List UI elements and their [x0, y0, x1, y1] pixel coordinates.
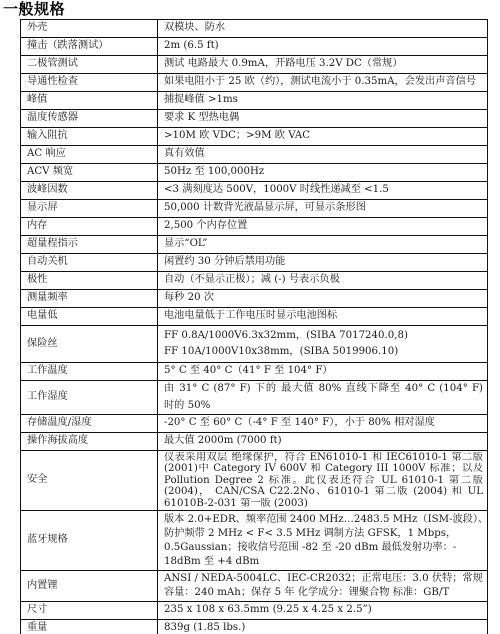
spec-row-dimensions: 尺寸 235 x 108 x 63.5mm (9.25 x 4.25 x 2.5…: [21, 602, 488, 620]
spec-label: 蓝牙规格: [21, 511, 158, 571]
spec-label: 保险丝: [21, 326, 158, 363]
spec-value-line: 测试 电路最大 0.9mA，开路电压 3.2V DC（常规）: [164, 56, 483, 72]
spec-label: AC 响应: [21, 146, 158, 164]
spec-value-line: 要求 K 型热电偶: [164, 110, 483, 126]
spec-label: 峰值: [21, 92, 158, 110]
spec-row-lithium-battery: 内置锂 ANSI / NEDA-5004LC、IEC-CR2032；正常电压：3…: [21, 571, 488, 602]
spec-value: 50Hz 至 100,000Hz: [158, 164, 488, 182]
spec-row-acv-bandwidth: ACV 频宽 50Hz 至 100,000Hz: [21, 164, 488, 182]
spec-value: FF 0.8A/1000V6.3x32mm，(SIBA 7017240.0,8)…: [158, 326, 488, 363]
spec-row-peak: 峰值 捕捉峰值 >1ms: [21, 92, 488, 110]
spec-value-line: 61010B-2-031 第一版 (2003): [164, 498, 483, 509]
spec-row-operating-humidity: 工作湿度 由 31° C (87° F) 下的 最大值 80% 直线下降至 40…: [21, 381, 488, 415]
spec-label: 安全: [21, 451, 158, 511]
spec-label: 显示屏: [21, 200, 158, 218]
spec-table: 外壳 双模块、防水 撞击（跌落测试） 2m (6.5 ft) 二极管测试 测试 …: [20, 19, 488, 634]
spec-row-fuse: 保险丝 FF 0.8A/1000V6.3x32mm，(SIBA 7017240.…: [21, 326, 488, 363]
spec-row-overrange: 超量程指示 显示“OL”: [21, 236, 488, 254]
spec-label: 重量: [21, 620, 158, 634]
spec-label: 工作湿度: [21, 381, 158, 415]
spec-table-body: 外壳 双模块、防水 撞击（跌落测试） 2m (6.5 ft) 二极管测试 测试 …: [21, 20, 488, 634]
spec-value-line: 自动（不显示正极）；减 (-) 号表示负极: [164, 272, 483, 288]
spec-value-line: 防护频带 2 MHz < F< 3.5 MHz 调制方法 GFSK，1 Mbps…: [164, 527, 483, 541]
spec-row-memory: 内存 2,500 个内存位置: [21, 218, 488, 236]
spec-value-line: 0.5Gaussian；接收信号范围 -82 至 -20 dBm 最低发射功率：…: [164, 541, 483, 555]
spec-label: 撞击（跌落测试）: [21, 38, 158, 56]
spec-value: 捕捉峰值 >1ms: [158, 92, 488, 110]
spec-label: 外壳: [21, 20, 158, 38]
spec-value-line: 显示“OL”: [164, 236, 483, 252]
spec-value-line: 捕捉峰值 >1ms: [164, 92, 483, 108]
spec-value: 测试 电路最大 0.9mA，开路电压 3.2V DC（常规）: [158, 56, 488, 74]
spec-value-line: 闲置约 30 分钟后禁用功能: [164, 254, 483, 270]
spec-value: 版本 2.0+EDR、频率范围 2400 MHz…2483.5 MHz（ISM-…: [158, 511, 488, 571]
spec-value: 要求 K 型热电偶: [158, 110, 488, 128]
spec-label: 测量频率: [21, 290, 158, 308]
spec-value-line: 最大值 2000m (7000 ft): [164, 433, 483, 449]
spec-row-crest-factor: 波峰因数 <3 满刻度达 500V，1000V 时线性递减至 <1.5: [21, 182, 488, 200]
spec-label: 操作海拔高度: [21, 433, 158, 451]
spec-value: 235 x 108 x 63.5mm (9.25 x 4.25 x 2.5”): [158, 602, 488, 620]
spec-value: 真有效值: [158, 146, 488, 164]
spec-value-line: 2,500 个内存位置: [164, 218, 483, 234]
spec-label: 超量程指示: [21, 236, 158, 254]
spec-value-line: 每秒 20 次: [164, 290, 483, 306]
spec-row-diode-test: 二极管测试 测试 电路最大 0.9mA，开路电压 3.2V DC（常规）: [21, 56, 488, 74]
spec-label: 工作温度: [21, 363, 158, 381]
spec-value: 5° C 至 40° C（41° F 至 104° F）: [158, 363, 488, 381]
spec-row-operating-temp: 工作温度 5° C 至 40° C（41° F 至 104° F）: [21, 363, 488, 381]
spec-label: 输入阻抗: [21, 128, 158, 146]
spec-value: 自动（不显示正极）；减 (-) 号表示负极: [158, 272, 488, 290]
spec-value: -20° C 至 60° C（-4° F 至 140° F），小于 80% 相对…: [158, 415, 488, 433]
spec-row-housing: 外壳 双模块、防水: [21, 20, 488, 38]
spec-value: <3 满刻度达 500V，1000V 时线性递减至 <1.5: [158, 182, 488, 200]
spec-value: 2,500 个内存位置: [158, 218, 488, 236]
spec-value: 每秒 20 次: [158, 290, 488, 308]
spec-value: 如果电阻小于 25 欧（约），测试电流小于 0.35mA，会发出声音信号: [158, 74, 488, 92]
spec-label: 极性: [21, 272, 158, 290]
spec-value-line: 18dBm 至 +4 dBm: [164, 555, 483, 569]
spec-label: 温度传感器: [21, 110, 158, 128]
page-title: 一般规格: [3, 0, 65, 18]
spec-value-line: 电池电量低于工作电压时显示电池图标: [164, 308, 483, 324]
spec-value-line: 容量：240 mAh；保存 5 年 化学成分：锂聚合物 标准：GB/T: [164, 586, 483, 600]
spec-value: 最大值 2000m (7000 ft): [158, 433, 488, 451]
spec-value-line: <3 满刻度达 500V，1000V 时线性递减至 <1.5: [164, 182, 483, 198]
spec-value-line: 50Hz 至 100,000Hz: [164, 164, 483, 180]
spec-row-temp-sensor: 温度传感器 要求 K 型热电偶: [21, 110, 488, 128]
spec-value-line: 由 31° C (87° F) 下的 最大值 80% 直线下降至 40° C (…: [164, 381, 483, 397]
spec-value-line: FF 0.8A/1000V6.3x32mm，(SIBA 7017240.0,8): [164, 328, 483, 344]
spec-row-storage: 存储温度/湿度 -20° C 至 60° C（-4° F 至 140° F），小…: [21, 415, 488, 433]
spec-value-line: 仪表采用双层 绝缘保护，符合 EN61010-1 和 IEC61010-1 第二…: [164, 452, 483, 463]
spec-row-safety: 安全 仪表采用双层 绝缘保护，符合 EN61010-1 和 IEC61010-1…: [21, 451, 488, 511]
spec-row-weight: 重量 839g (1.85 lbs.): [21, 620, 488, 634]
spec-value-line: 839g (1.85 lbs.): [164, 620, 483, 634]
spec-value: 由 31° C (87° F) 下的 最大值 80% 直线下降至 40° C (…: [158, 381, 488, 415]
spec-label: ACV 频宽: [21, 164, 158, 182]
spec-value-line: FF 10A/1000V10x38mm，(SIBA 5019906.10): [164, 344, 483, 360]
spec-value-line: 真有效值: [164, 146, 483, 162]
spec-value: 显示“OL”: [158, 236, 488, 254]
spec-row-auto-off: 自动关机 闲置约 30 分钟后禁用功能: [21, 254, 488, 272]
spec-label: 内存: [21, 218, 158, 236]
spec-row-altitude: 操作海拔高度 最大值 2000m (7000 ft): [21, 433, 488, 451]
spec-value: 电池电量低于工作电压时显示电池图标: [158, 308, 488, 326]
spec-value: 839g (1.85 lbs.): [158, 620, 488, 634]
spec-value-line: 5° C 至 40° C（41° F 至 104° F）: [164, 363, 483, 379]
spec-label: 尺寸: [21, 602, 158, 620]
spec-value-line: 235 x 108 x 63.5mm (9.25 x 4.25 x 2.5”): [164, 602, 483, 618]
spec-value-line: 如果电阻小于 25 欧（约），测试电流小于 0.35mA，会发出声音信号: [164, 74, 483, 90]
spec-value-line: -20° C 至 60° C（-4° F 至 140° F），小于 80% 相对…: [164, 415, 483, 431]
spec-value: 50,000 计数背光液晶显示屏，可显示条形图: [158, 200, 488, 218]
spec-label: 导通性检查: [21, 74, 158, 92]
spec-row-display: 显示屏 50,000 计数背光液晶显示屏，可显示条形图: [21, 200, 488, 218]
spec-value: 闲置约 30 分钟后禁用功能: [158, 254, 488, 272]
spec-row-input-impedance: 输入阻抗 >10M 欧 VDC；>9M 欧 VAC: [21, 128, 488, 146]
spec-value-line: 双模块、防水: [164, 20, 483, 36]
spec-value: 双模块、防水: [158, 20, 488, 38]
spec-value: 2m (6.5 ft): [158, 38, 488, 56]
spec-value: ANSI / NEDA-5004LC、IEC-CR2032；正常电压：3.0 伏…: [158, 571, 488, 602]
spec-value-line: ANSI / NEDA-5004LC、IEC-CR2032；正常电压：3.0 伏…: [164, 572, 483, 586]
spec-value: >10M 欧 VDC；>9M 欧 VAC: [158, 128, 488, 146]
spec-value-line: 版本 2.0+EDR、频率范围 2400 MHz…2483.5 MHz（ISM-…: [164, 513, 483, 527]
spec-value-line: (2004)， CAN/CSA C22.2No、61010-1 第二版 (200…: [164, 486, 483, 497]
spec-value: 仪表采用双层 绝缘保护，符合 EN61010-1 和 IEC61010-1 第二…: [158, 451, 488, 511]
spec-label: 自动关机: [21, 254, 158, 272]
spec-row-polarity: 极性 自动（不显示正极）；减 (-) 号表示负极: [21, 272, 488, 290]
spec-label: 波峰因数: [21, 182, 158, 200]
spec-label: 存储温度/湿度: [21, 415, 158, 433]
spec-row-low-battery: 电量低 电池电量低于工作电压时显示电池图标: [21, 308, 488, 326]
spec-value-line: >10M 欧 VDC；>9M 欧 VAC: [164, 128, 483, 144]
spec-label: 电量低: [21, 308, 158, 326]
spec-value-line: Pollution Degree 2 标准。此仪表还符合 UL 61010-1 …: [164, 475, 483, 486]
spec-row-bluetooth: 蓝牙规格 版本 2.0+EDR、频率范围 2400 MHz…2483.5 MHz…: [21, 511, 488, 571]
spec-value-line: 时的 50%: [164, 398, 483, 414]
spec-label: 内置锂: [21, 571, 158, 602]
spec-row-ac-response: AC 响应 真有效值: [21, 146, 488, 164]
spec-value-line: 50,000 计数背光液晶显示屏，可显示条形图: [164, 200, 483, 216]
spec-row-measure-rate: 测量频率 每秒 20 次: [21, 290, 488, 308]
spec-value-line: 2m (6.5 ft): [164, 38, 483, 54]
spec-label: 二极管测试: [21, 56, 158, 74]
spec-row-continuity: 导通性检查 如果电阻小于 25 欧（约），测试电流小于 0.35mA，会发出声音…: [21, 74, 488, 92]
spec-value-line: (2001)中 Category IV 600V 和 Category III …: [164, 463, 483, 474]
spec-row-drop-test: 撞击（跌落测试） 2m (6.5 ft): [21, 38, 488, 56]
